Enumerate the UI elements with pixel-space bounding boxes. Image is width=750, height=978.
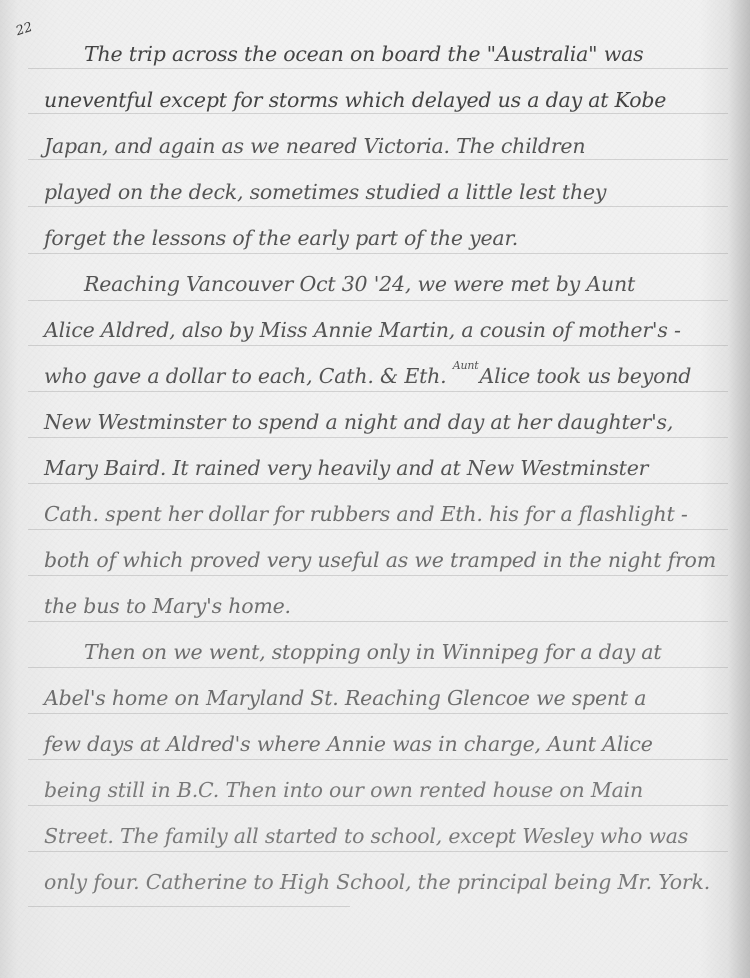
text-line: The trip across the ocean on board the "…: [84, 42, 643, 66]
ruled-line: [28, 437, 728, 438]
text-line: Cath. spent her dollar for rubbers and E…: [44, 502, 688, 526]
text-line: uneventful except for storms which delay…: [44, 88, 666, 112]
text-line: who gave a dollar to each, Cath. & Eth. …: [44, 364, 691, 388]
ruled-line: [28, 159, 728, 160]
text-line: being still in B.C. Then into our own re…: [44, 778, 643, 802]
ruled-line: [28, 575, 728, 576]
text-line: Reaching Vancouver Oct 30 '24, we were m…: [84, 272, 635, 296]
ruled-line: [28, 253, 728, 254]
text-line: Abel's home on Maryland St. Reaching Gle…: [44, 686, 646, 710]
text-line: Then on we went, stopping only in Winnip…: [84, 640, 661, 664]
ruled-line: [28, 68, 728, 69]
text-segment: Alice took us beyond: [480, 364, 692, 388]
ruled-line: [28, 906, 350, 907]
ruled-line: [28, 667, 728, 668]
ruled-line: [28, 759, 728, 760]
inserted-word: Aunt: [453, 359, 479, 372]
ruled-line: [28, 206, 728, 207]
text-line: Japan, and again as we neared Victoria. …: [44, 134, 585, 158]
handwritten-page: 22 The trip across the ocean on board th…: [0, 0, 750, 978]
ruled-line: [28, 805, 728, 806]
text-line: few days at Aldred's where Annie was in …: [44, 732, 653, 756]
ruled-line: [28, 300, 728, 301]
text-line: Mary Baird. It rained very heavily and a…: [44, 456, 648, 480]
ruled-line: [28, 713, 728, 714]
text-line: New Westminster to spend a night and day…: [44, 410, 673, 434]
text-line: Street. The family all started to school…: [44, 824, 688, 848]
text-line: Alice Aldred, also by Miss Annie Martin,…: [44, 318, 681, 342]
text-line: played on the deck, sometimes studied a …: [44, 180, 606, 204]
ruled-line: [28, 621, 728, 622]
text-segment: who gave a dollar to each, Cath. & Eth.: [44, 364, 453, 388]
page-number: 22: [14, 20, 34, 39]
text-line: forget the lessons of the early part of …: [44, 226, 518, 250]
ruled-line: [28, 113, 728, 114]
ruled-line: [28, 391, 728, 392]
text-line: the bus to Mary's home.: [44, 594, 291, 618]
ruled-line: [28, 483, 728, 484]
text-line: only four. Catherine to High School, the…: [44, 870, 710, 894]
ruled-line: [28, 345, 728, 346]
ruled-line: [28, 851, 728, 852]
text-line: both of which proved very useful as we t…: [44, 548, 716, 572]
ruled-line: [28, 529, 728, 530]
